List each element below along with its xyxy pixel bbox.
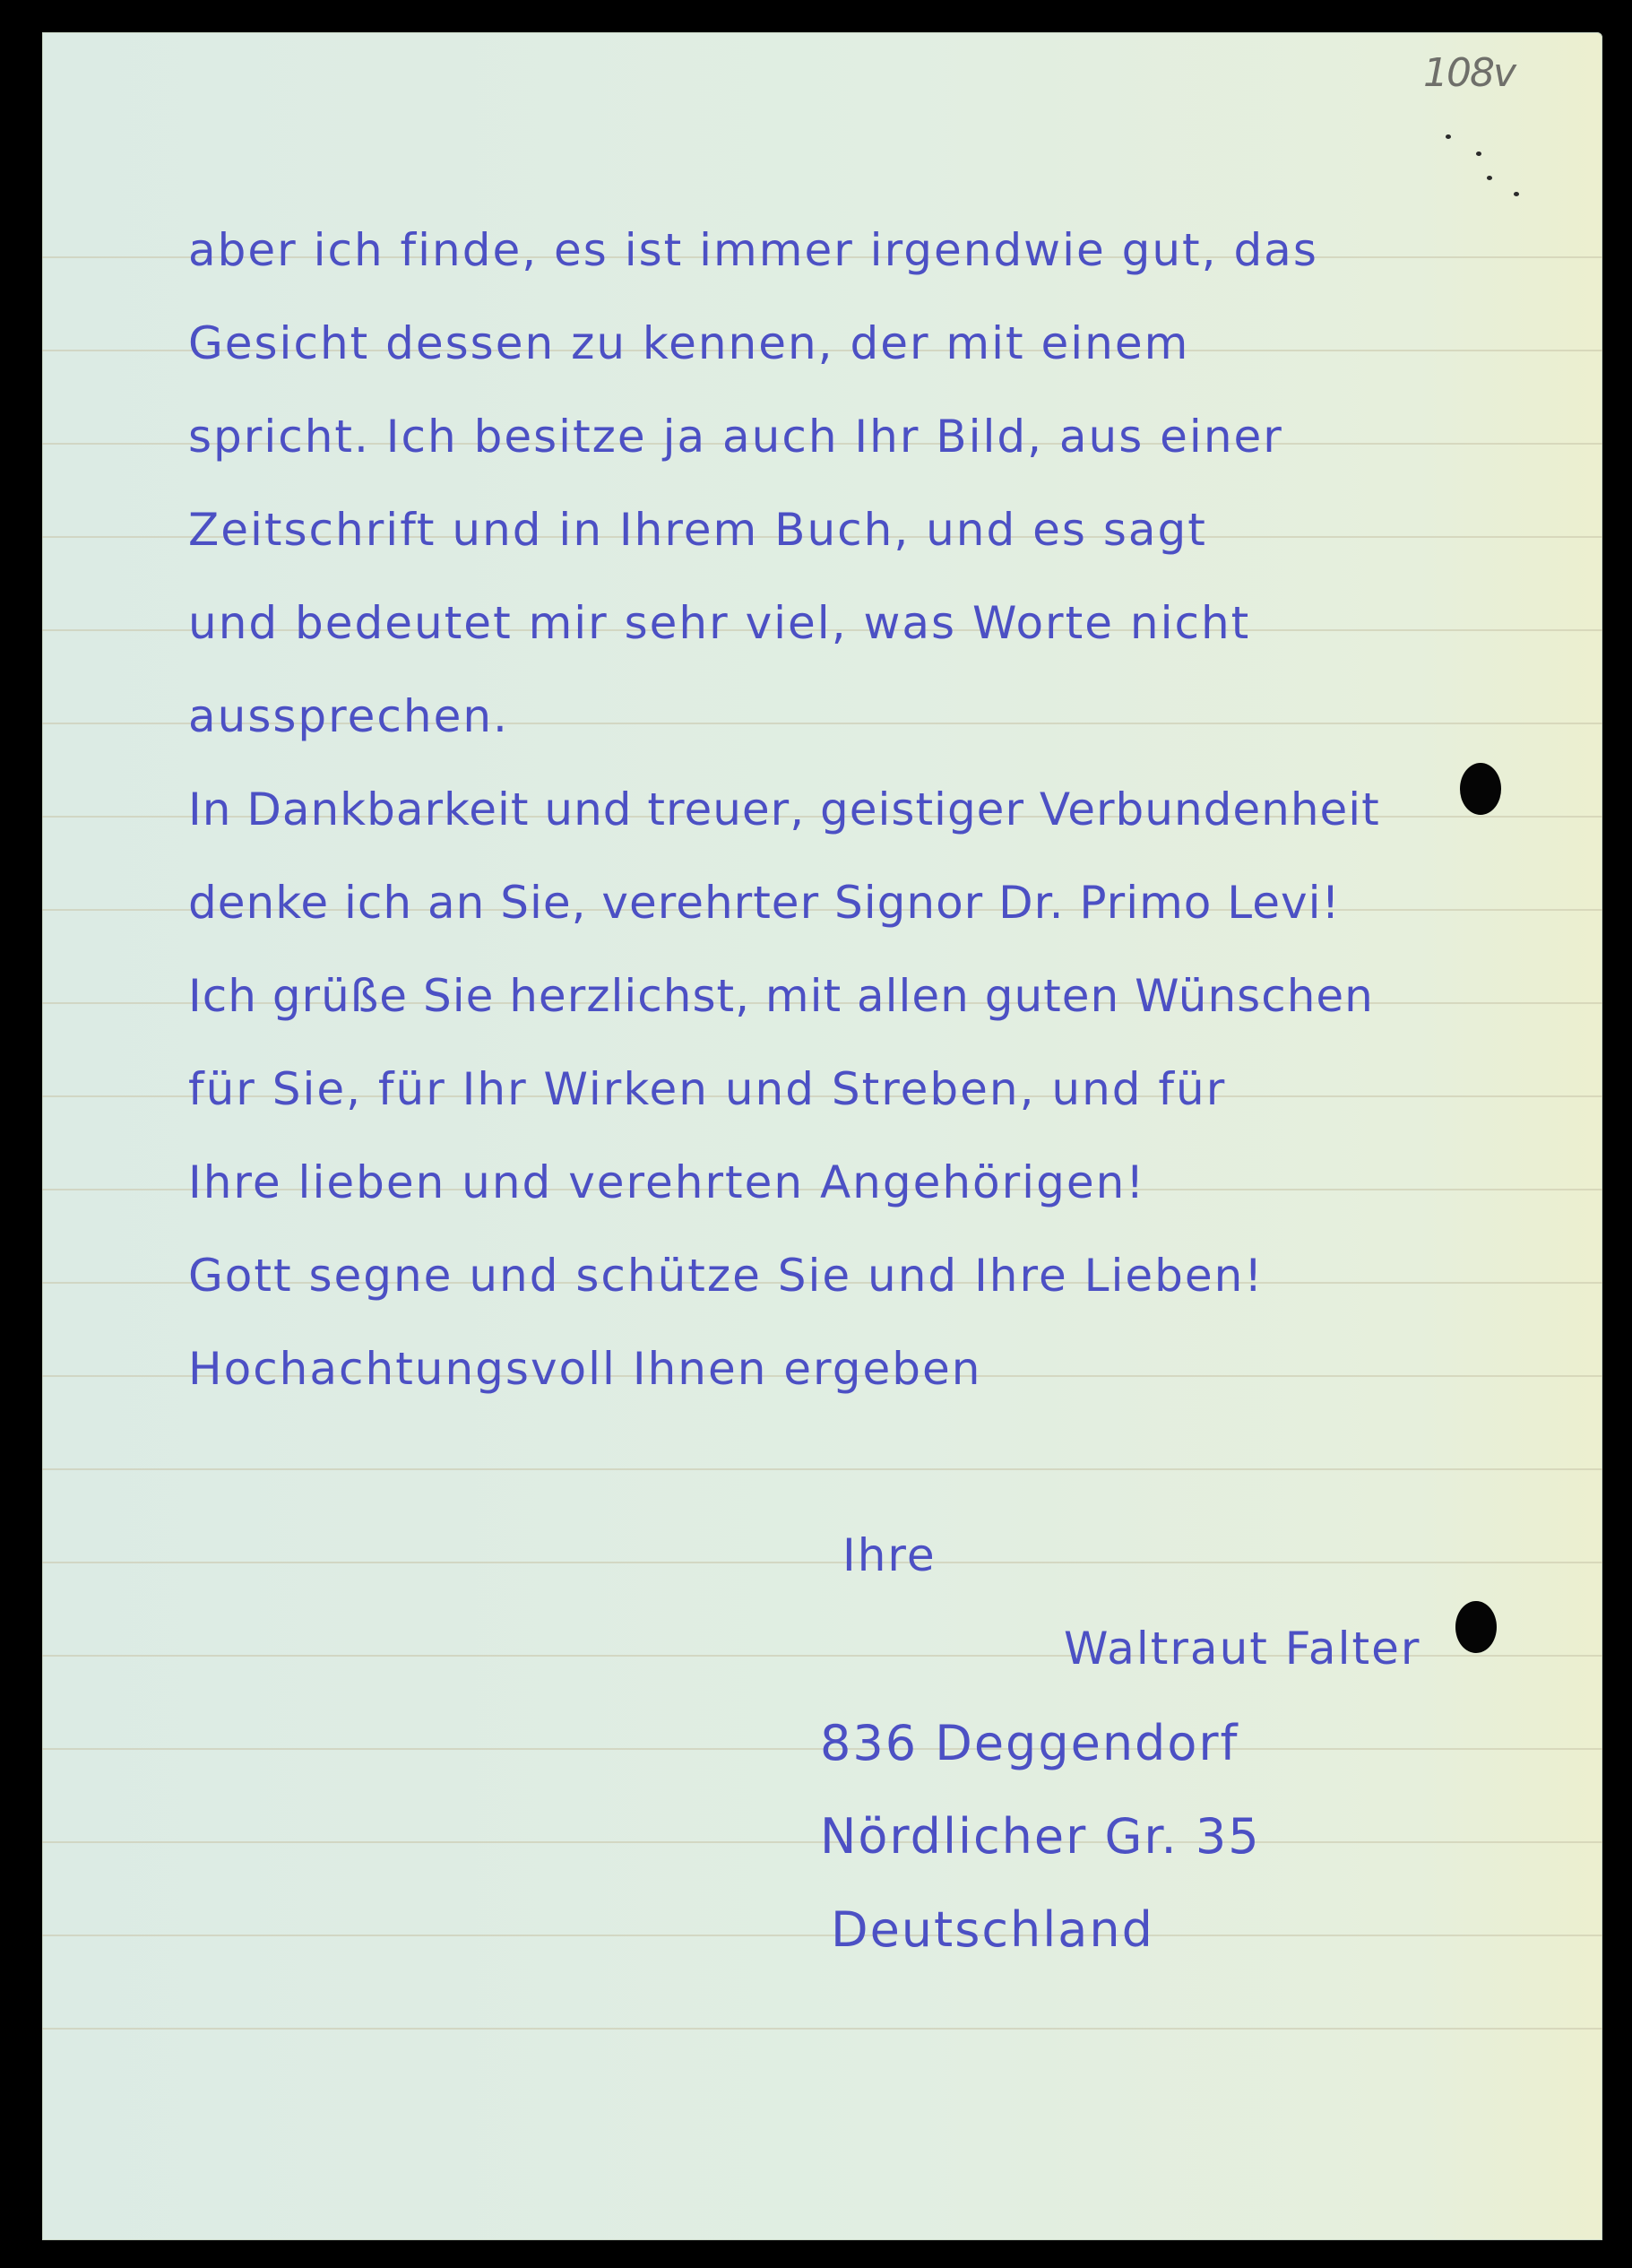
signature: Waltraut Falter (1064, 1626, 1420, 1671)
letter-line: denke ich an Sie, verehrter Signor Dr. P… (188, 880, 1341, 925)
ink-speck (1487, 176, 1492, 180)
letter-line: In Dankbarkeit und treuer, geistiger Ver… (188, 787, 1380, 832)
letter-line: Gott segne und schütze Sie und Ihre Lieb… (188, 1253, 1264, 1298)
letter-line: Zeitschrift und in Ihrem Buch, und es sa… (188, 507, 1207, 552)
address-city: 836 Deggendorf (820, 1719, 1239, 1768)
letter-line: Hochachtungsvoll Ihnen ergeben (188, 1346, 981, 1391)
address-country: Deutschland (831, 1906, 1154, 1954)
ink-speck (1476, 151, 1481, 156)
closing-salutation: Ihre (842, 1533, 937, 1578)
letter-line: Gesicht dessen zu kennen, der mit einem (188, 321, 1189, 366)
ruled-line (42, 1935, 1602, 1936)
ruled-line (42, 2028, 1602, 2030)
punch-hole (1460, 763, 1501, 815)
letter-line: aussprechen. (188, 694, 509, 739)
ruled-line (42, 1562, 1602, 1563)
address-street: Nördlicher Gr. 35 (820, 1813, 1261, 1861)
ink-speck (1446, 134, 1451, 139)
letter-page: 108v aber ich finde, es ist immer irgend… (42, 32, 1602, 2240)
letter-line: aber ich finde, es ist immer irgendwie g… (188, 228, 1318, 273)
punch-hole (1455, 1601, 1497, 1653)
letter-line: spricht. Ich besitze ja auch Ihr Bild, a… (188, 414, 1283, 459)
ruled-line (42, 1468, 1602, 1470)
letter-line: Ihre lieben und verehrten Angehörigen! (188, 1160, 1145, 1205)
letter-line: und bedeutet mir sehr viel, was Worte ni… (188, 601, 1250, 645)
folio-number: 108v (1423, 50, 1515, 96)
letter-line: Ich grüße Sie herzlichst, mit allen gute… (188, 974, 1374, 1018)
ink-speck (1514, 192, 1519, 196)
letter-line: für Sie, für Ihr Wirken und Streben, und… (188, 1067, 1226, 1112)
